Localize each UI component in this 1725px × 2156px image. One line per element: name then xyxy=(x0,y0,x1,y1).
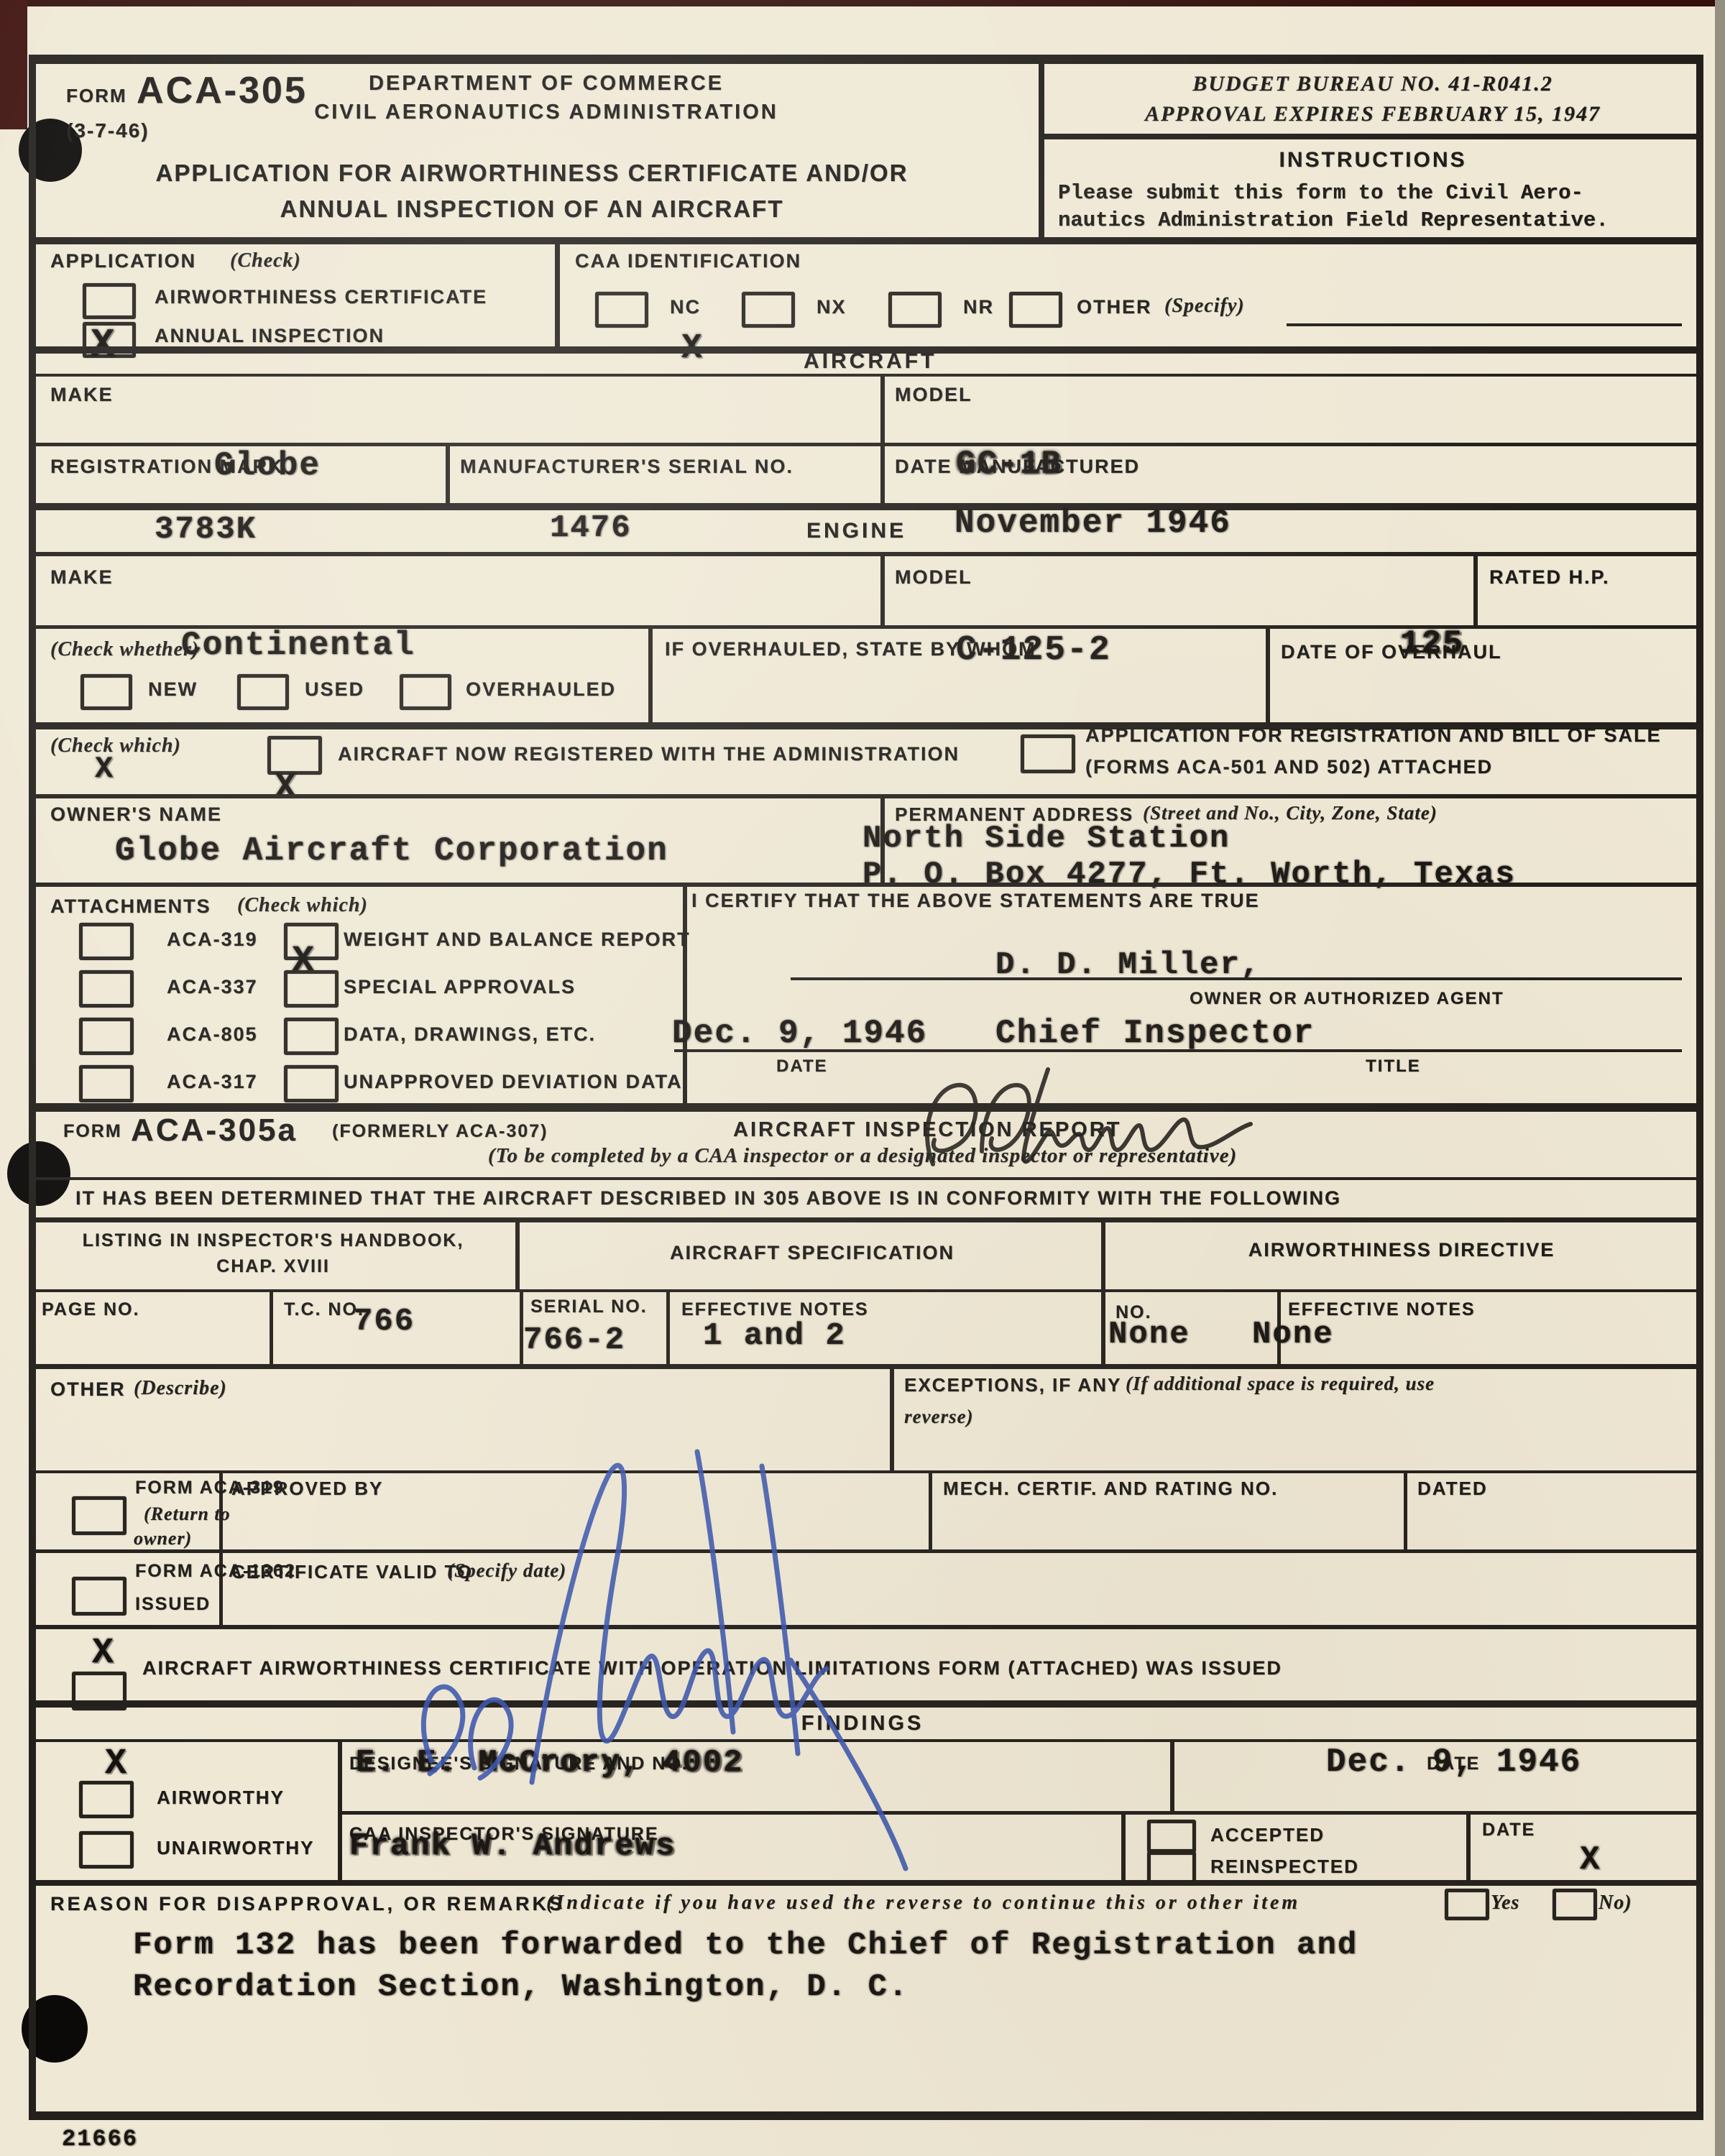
typed-tc-no: 766 xyxy=(354,1304,415,1340)
determination-statement: IT HAS BEEN DETERMINED THAT THE AIRCRAFT… xyxy=(75,1187,1341,1210)
other-specify-line xyxy=(1287,323,1682,326)
option-nc: NC xyxy=(670,296,701,318)
accepted-divider-left xyxy=(1121,1811,1126,1880)
option-nr: NR xyxy=(963,296,994,318)
engine-divider2 xyxy=(1473,552,1478,625)
typed-serial-no: 1476 xyxy=(550,510,632,546)
typed-rated-hp: 125 xyxy=(1400,625,1464,663)
other-describe-italic: (Describe) xyxy=(134,1377,227,1400)
form-title-line1: APPLICATION FOR AIRWORTHINESS CERTIFICAT… xyxy=(101,160,963,187)
effective-notes-label: EFFECTIVE NOTES xyxy=(681,1299,869,1320)
checkbox-aca-805[interactable] xyxy=(79,1018,134,1055)
typed-remarks-line1: Form 132 has been forwarded to the Chief… xyxy=(133,1927,1358,1963)
option-airworthiness-certificate: AIRWORTHINESS CERTIFICATE xyxy=(155,286,487,308)
form-label: FORM xyxy=(66,85,127,107)
checkbox-data-drawings[interactable] xyxy=(284,1018,339,1055)
checkbox-unairworthy[interactable] xyxy=(79,1831,134,1869)
tc-no-label: T.C. NO. xyxy=(284,1299,364,1320)
typed-address-line1: North Side Station xyxy=(862,821,1230,857)
checkbox-form-aca-319-return[interactable] xyxy=(72,1496,126,1535)
checkbox-nr[interactable] xyxy=(888,292,942,328)
approved-by-label: APPROVED BY xyxy=(231,1478,383,1500)
col-airworthiness-directive: AIRWORTHINESS DIRECTIVE xyxy=(1128,1239,1675,1261)
scan-right-edge xyxy=(1715,0,1725,2156)
typed-engine-model: C-125-2 xyxy=(956,631,1111,670)
typed-owner-name: Globe Aircraft Corporation xyxy=(115,832,668,870)
option-engine-new: NEW xyxy=(148,678,198,701)
budget-bureau-line2: APPROVAL EXPIRES FEBRUARY 15, 1947 xyxy=(1049,102,1696,126)
typed-x-cert-issued: X xyxy=(92,1633,114,1674)
thin-line xyxy=(29,374,1703,377)
checkbox-engine-overhauled[interactable] xyxy=(400,674,451,710)
scanned-form-page: FORM ACA-305 (3-7-46) DEPARTMENT OF COMM… xyxy=(0,0,1725,2156)
checkbox-application-bill-of-sale[interactable] xyxy=(1021,734,1075,773)
col-listing-line1: LISTING IN INSPECTOR'S HANDBOOK, xyxy=(43,1230,503,1251)
table-divider2 xyxy=(1101,1217,1105,1289)
inspector-signature-ink-blue xyxy=(388,1423,934,1897)
checkbox-aca-319[interactable] xyxy=(79,923,134,960)
owners-name-label: OWNER'S NAME xyxy=(50,803,222,826)
form-number: ACA-305 xyxy=(137,69,308,112)
reinspected-label: REINSPECTED xyxy=(1210,1856,1359,1878)
option-other: OTHER xyxy=(1077,296,1152,318)
scan-corner-block xyxy=(0,0,27,129)
accepted-divider-right xyxy=(1466,1811,1471,1880)
hole-punch-middle xyxy=(7,1141,70,1206)
typed-aircraft-make: Globe xyxy=(214,447,321,484)
instructions-line2: nautics Administration Field Representat… xyxy=(1058,208,1609,232)
date-of-overhaul-label: DATE OF OVERHAUL xyxy=(1281,641,1502,663)
findings-divider-date xyxy=(1170,1739,1174,1811)
form-aca-319-return2: owner) xyxy=(134,1528,192,1549)
report-form-number: ACA-305a xyxy=(131,1112,298,1148)
attachment-doc-unapproved-deviation: UNAPPROVED DEVIATION DATA xyxy=(344,1071,683,1093)
subrow-divider1 xyxy=(270,1289,273,1364)
attachment-form-aca-337: ACA-337 xyxy=(167,976,258,998)
application-divider xyxy=(555,237,560,346)
mech-certif-label: MECH. CERTIF. AND RATING NO. xyxy=(943,1478,1278,1500)
row-line xyxy=(29,552,1703,556)
typed-x-registered: X xyxy=(275,768,296,808)
attachment-form-aca-319: ACA-319 xyxy=(167,929,258,951)
form-aca-1362-issued: ISSUED xyxy=(135,1594,211,1615)
cert-date-label: DATE xyxy=(776,1056,828,1077)
typed-effective-notes: 1 and 2 xyxy=(703,1318,846,1354)
section-separator xyxy=(29,1103,1703,1112)
form-aca-319-return1: (Return to xyxy=(144,1503,231,1525)
typed-date-manufactured: November 1946 xyxy=(954,505,1231,542)
attachment-doc-data-drawings: DATA, DRAWINGS, ETC. xyxy=(344,1023,596,1046)
option-annual-inspection: ANNUAL INSPECTION xyxy=(155,325,385,347)
option-bill-of-sale-line1: APPLICATION FOR REGISTRATION AND BILL OF… xyxy=(1085,724,1662,747)
row-line xyxy=(29,883,1703,887)
attachments-label-italic: (Check which) xyxy=(237,894,368,917)
registration-divider1 xyxy=(446,443,450,503)
subrow-divider4 xyxy=(1101,1289,1105,1364)
caa-identification-label: CAA IDENTIFICATION xyxy=(575,250,801,272)
checkbox-nc[interactable] xyxy=(595,292,648,328)
certify-statement: I CERTIFY THAT THE ABOVE STATEMENTS ARE … xyxy=(691,890,1260,912)
header-divider xyxy=(1039,55,1044,237)
page-no-label: PAGE NO. xyxy=(42,1299,139,1320)
typed-serial-no-report: 766-2 xyxy=(523,1322,625,1358)
typed-ad-no: None xyxy=(1108,1317,1190,1353)
checkbox-other[interactable] xyxy=(1009,292,1062,328)
thin-line xyxy=(29,1177,1703,1180)
aca319-divider3 xyxy=(1404,1470,1407,1549)
signature-line xyxy=(791,977,1682,980)
dept-line2: CIVIL AERONAUTICS ADMINISTRATION xyxy=(287,101,805,124)
option-engine-used: USED xyxy=(305,678,364,701)
option-engine-overhauled: OVERHAULED xyxy=(466,678,616,701)
engine-model-label: MODEL xyxy=(895,566,972,589)
typed-remarks-line2: Recordation Section, Washington, D. C. xyxy=(133,1969,908,2005)
attachment-form-aca-805: ACA-805 xyxy=(167,1023,258,1046)
typed-address-line2: P. O. Box 4277, Ft. Worth, Texas xyxy=(862,857,1516,893)
attachments-divider xyxy=(683,883,687,1103)
scan-top-strip xyxy=(0,0,1725,6)
aircraft-make-label: MAKE xyxy=(50,384,114,406)
checkbox-reverse-yes[interactable] xyxy=(1445,1889,1489,1920)
attachment-doc-weight-balance: WEIGHT AND BALANCE REPORT xyxy=(344,929,691,951)
budget-box-divider xyxy=(1039,134,1703,139)
typed-findings-date: Dec. 9, 1946 xyxy=(1326,1743,1581,1781)
row-line xyxy=(29,443,1703,446)
form-title-line2: ANNUAL INSPECTION OF AN AIRCRAFT xyxy=(101,195,963,223)
checkbox-engine-new[interactable] xyxy=(80,674,132,710)
col-listing-line2: CHAP. XVIII xyxy=(43,1256,503,1277)
checkbox-accepted[interactable] xyxy=(1147,1820,1196,1853)
cert-title-label: TITLE xyxy=(1366,1056,1421,1077)
checkbox-engine-used[interactable] xyxy=(237,674,289,710)
instructions-title: INSTRUCTIONS xyxy=(1049,148,1696,172)
checkbox-form-aca-1362[interactable] xyxy=(72,1577,126,1616)
typed-cert-date: Dec. 9, 1946 xyxy=(672,1015,927,1052)
form-date: (3-7-46) xyxy=(66,119,149,142)
reverse-no-label: No) xyxy=(1598,1892,1632,1915)
typed-aircraft-model: GC-1B xyxy=(956,446,1062,483)
typed-registration-mark: 3783K xyxy=(155,512,257,548)
aircraft-model-label: MODEL xyxy=(895,384,972,406)
rated-hp-label: RATED H.P. xyxy=(1489,566,1610,589)
typed-x-check-which: X xyxy=(95,752,113,786)
attachment-form-aca-317: ACA-317 xyxy=(167,1071,258,1093)
border-left xyxy=(29,55,36,2120)
dated-label: DATED xyxy=(1417,1478,1488,1500)
other-describe-label: OTHER xyxy=(50,1378,126,1401)
application-label-italic: (Check) xyxy=(230,249,301,272)
owner-agent-label: OWNER OR AUTHORIZED AGENT xyxy=(1190,989,1504,1009)
row-line xyxy=(29,1217,1703,1222)
engine-cond-divider2 xyxy=(1266,625,1270,722)
typed-x-date2: X xyxy=(1580,1841,1600,1879)
col-aircraft-specification: AIRCRAFT SPECIFICATION xyxy=(546,1242,1078,1264)
typed-engine-make: Continental xyxy=(181,627,415,664)
manufacturer-serial-label: MANUFACTURER'S SERIAL NO. xyxy=(460,456,793,478)
checkbox-aca-317[interactable] xyxy=(79,1065,134,1102)
report-form-label: FORM xyxy=(63,1121,122,1142)
application-label: APPLICATION xyxy=(50,250,196,272)
table-divider1 xyxy=(515,1217,520,1289)
accepted-label: ACCEPTED xyxy=(1210,1824,1325,1846)
typed-ad-effective-notes: None xyxy=(1252,1317,1334,1353)
checkbox-reverse-no[interactable] xyxy=(1552,1889,1597,1920)
option-aircraft-registered: AIRCRAFT NOW REGISTERED WITH THE ADMINIS… xyxy=(338,743,960,765)
row-line xyxy=(29,794,1703,798)
unairworthy-label: UNAIRWORTHY xyxy=(157,1837,314,1859)
aircraft-make-model-divider xyxy=(880,374,885,443)
engine-cond-divider1 xyxy=(648,625,653,722)
serial-no-label: SERIAL NO. xyxy=(530,1296,648,1317)
engine-divider1 xyxy=(880,552,885,625)
engine-make-label: MAKE xyxy=(50,566,114,589)
checkbox-unapproved-deviation[interactable] xyxy=(284,1065,339,1102)
checkbox-airworthiness-certificate[interactable] xyxy=(83,283,136,319)
budget-bureau-line1: BUDGET BUREAU NO. 41-R041.2 xyxy=(1049,72,1696,96)
reverse-yes-label: Yes xyxy=(1491,1892,1519,1915)
checkbox-nx[interactable] xyxy=(742,292,795,328)
row-line-thick xyxy=(29,503,1703,510)
checkbox-aca-337[interactable] xyxy=(79,970,134,1008)
report-subtitle: (To be completed by a CAA inspector or a… xyxy=(244,1144,1481,1168)
exceptions-label: EXCEPTIONS, IF ANY xyxy=(904,1374,1121,1396)
option-other-italic: (Specify) xyxy=(1164,295,1245,318)
typed-cert-title: Chief Inspector xyxy=(995,1015,1315,1052)
airworthy-label: AIRWORTHY xyxy=(157,1787,285,1809)
border-top xyxy=(29,55,1703,64)
aircraft-section-title: AIRCRAFT xyxy=(804,349,937,374)
checkbox-special-approvals[interactable] xyxy=(284,970,339,1008)
findings-date2-label: DATE xyxy=(1482,1820,1535,1841)
report-title: AIRCRAFT INSPECTION REPORT xyxy=(733,1118,1121,1142)
registration-divider2 xyxy=(880,443,885,503)
check-whether-label: (Check whether) xyxy=(50,638,199,661)
findings-divider-left xyxy=(338,1739,342,1880)
border-bottom xyxy=(29,2111,1703,2120)
dept-line1: DEPARTMENT OF COMMERCE xyxy=(316,72,776,96)
subrow-divider3 xyxy=(666,1289,670,1364)
row-line xyxy=(29,237,1703,244)
option-bill-of-sale-line2: (FORMS ACA-501 AND 502) ATTACHED xyxy=(1085,756,1493,778)
date-title-line xyxy=(674,1049,1682,1052)
row-line xyxy=(29,1289,1703,1292)
instructions-line1: Please submit this form to the Civil Aer… xyxy=(1058,181,1583,205)
page-stamp: 21666 xyxy=(62,2126,138,2152)
checkbox-airworthy[interactable] xyxy=(79,1781,134,1818)
report-formerly: (FORMERLY ACA-307) xyxy=(332,1121,548,1142)
typed-x-airworthy: X xyxy=(105,1743,126,1784)
attachment-doc-special-approvals: SPECIAL APPROVALS xyxy=(344,976,576,998)
exceptions-italic1: (If additional space is required, use xyxy=(1126,1373,1435,1395)
option-nx: NX xyxy=(816,296,847,318)
typed-x-annual-inspection: X xyxy=(91,322,115,368)
attachments-label: ATTACHMENTS xyxy=(50,895,211,918)
engine-section-title: ENGINE xyxy=(806,519,906,543)
border-right xyxy=(1696,55,1703,2120)
row-line xyxy=(29,1364,1703,1369)
check-which-label: (Check which) xyxy=(50,734,181,757)
